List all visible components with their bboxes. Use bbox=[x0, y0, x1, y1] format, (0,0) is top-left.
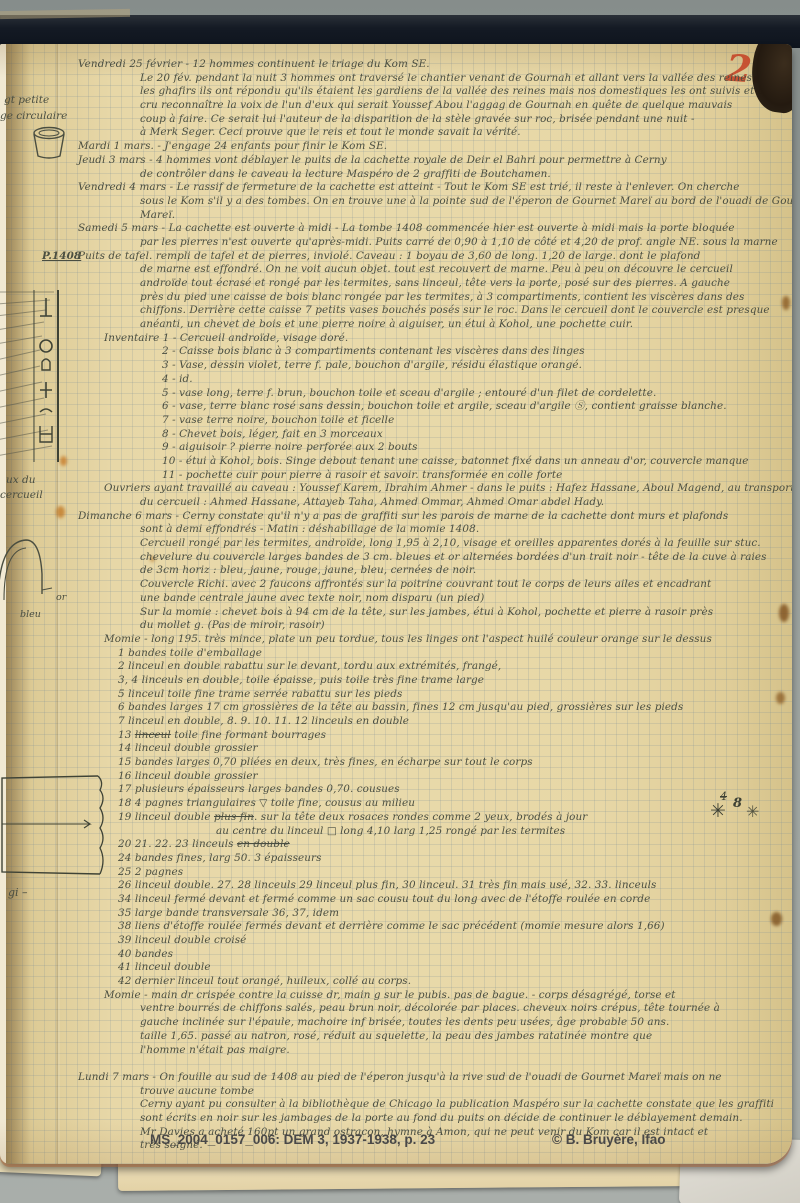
journal-line: 5 - vase long, terre f. brun, bouchon to… bbox=[162, 387, 786, 401]
journal-line: P.1408Puits de tafel. rempli de tafel et… bbox=[78, 250, 786, 264]
journal-line: 11 - pochette cuir pour pierre à rasoir … bbox=[162, 469, 786, 483]
journal-line: androïde tout écrasé et rongé par les te… bbox=[140, 277, 786, 291]
journal-line: près du pied une caisse de bois blanc ro… bbox=[140, 291, 786, 305]
journal-line: 6 bandes larges 17 cm grossières de la t… bbox=[118, 701, 786, 715]
journal-line: de marne est effondré. On ne voit aucun … bbox=[140, 263, 786, 277]
journal-line: 14 linceul double grossier bbox=[118, 742, 786, 756]
journal-line: 2 - Caisse bois blanc à 3 compartiments … bbox=[162, 345, 786, 359]
journal-line: les ghafirs ils ont répondu qu'ils étaie… bbox=[140, 85, 786, 99]
journal-line: 13 linceul toile fine formant bourrages bbox=[118, 729, 786, 743]
journal-line: Lundi 7 mars - On fouille au sud de 1408… bbox=[78, 1071, 786, 1085]
margin-note: gi – bbox=[8, 886, 28, 899]
journal-line: 4 - id. bbox=[162, 373, 786, 387]
journal-line: sont écrits en noir sur les jambages de … bbox=[140, 1112, 786, 1126]
journal-line: chiffons. Derrière cette caisse 7 petits… bbox=[140, 304, 786, 318]
journal-line: 34 linceul fermé devant et fermé comme u… bbox=[118, 893, 786, 907]
journal-line: du mollet g. (Pas de miroir, rasoir) bbox=[140, 619, 786, 633]
journal-line: Vendredi 25 février - 12 hommes continue… bbox=[78, 58, 786, 72]
journal-line: Sur la momie : chevet bois à 94 cm de la… bbox=[140, 606, 786, 620]
journal-line: 8 - Chevet bois, léger, fait en 3 morcea… bbox=[162, 428, 786, 442]
margin-note: ux du bbox=[6, 474, 36, 486]
journal-line: ventre bourrés de chiffons salés, peau b… bbox=[140, 1002, 786, 1016]
journal-line: 1 bandes toile d'emballage bbox=[118, 647, 786, 661]
journal-line: Dimanche 6 mars - Cerny constate qu'il n… bbox=[78, 510, 786, 524]
margin-note: or bbox=[56, 592, 66, 603]
journal-line: 7 - vase terre noire, bouchon toile et f… bbox=[162, 414, 786, 428]
scanned-notebook-page: 23 gt petite ge circulaire ux du cercuei… bbox=[0, 0, 800, 1203]
journal-line: 40 bandes bbox=[118, 948, 786, 962]
journal-line: 39 linceul double croisé bbox=[118, 934, 786, 948]
journal-line: 15 bandes larges 0,70 pliées en deux, tr… bbox=[118, 756, 786, 770]
pot-sketch bbox=[28, 126, 70, 160]
journal-line: Cercueil rongé par les termites, androïd… bbox=[140, 537, 786, 551]
journal-line: 5 linceul toile fine trame serrée rabatt… bbox=[118, 688, 786, 702]
journal-line: 41 linceul double bbox=[118, 961, 786, 975]
margin-note: bleu bbox=[20, 609, 41, 620]
journal-line: Mareï. bbox=[140, 209, 786, 223]
margin-note: gt petite bbox=[4, 94, 49, 106]
journal-line: 35 large bande transversale 36, 37, idem bbox=[118, 907, 786, 921]
journal-line: Jeudi 3 mars - 4 hommes vont déblayer le… bbox=[78, 154, 786, 168]
journal-line: Mardi 1 mars. - J'engage 24 enfants pour… bbox=[78, 140, 786, 154]
journal-line: 2 linceul en double rabattu sur le devan… bbox=[118, 660, 786, 674]
journal-line bbox=[78, 1057, 786, 1071]
tomb-ref-label: P.1408 bbox=[42, 250, 81, 264]
journal-line: à Merk Seger. Ceci prouve que le reis et… bbox=[140, 126, 786, 140]
journal-line: sous le Kom s'il y a des tombes. On en t… bbox=[140, 195, 786, 209]
journal-line: 20 21. 22. 23 linceuls en double bbox=[118, 838, 786, 852]
stain bbox=[56, 506, 65, 518]
journal-line: taille 1,65. passé au natron, rosé, rédu… bbox=[140, 1030, 786, 1044]
journal-line: 3 - Vase, dessin violet, terre f. pale, … bbox=[162, 359, 786, 373]
journal-line: Ouvriers ayant travaillé au caveau : You… bbox=[104, 482, 786, 496]
journal-line: 17 plusieurs épaisseurs larges bandes 0,… bbox=[118, 783, 786, 797]
journal-line: Couvercle Richi. avec 2 faucons affronté… bbox=[140, 578, 786, 592]
margin-note: cercueil bbox=[0, 489, 43, 501]
journal-line: Le 20 fév. pendant la nuit 3 hommes ont … bbox=[140, 72, 786, 86]
journal-line: Momie - long 195. très mince, plate un p… bbox=[104, 633, 786, 647]
copyright-credit: © B. Bruyère, Ifao bbox=[552, 1132, 665, 1147]
journal-line: 10 - étui à Kohol, bois. Singe debout te… bbox=[162, 455, 786, 469]
journal-line: chevelure du couvercle larges bandes de … bbox=[140, 551, 786, 565]
journal-line: par les pierres n'est ouverte qu'après-m… bbox=[140, 236, 786, 250]
journal-line: 42 dernier linceul tout orangé, huileux,… bbox=[118, 975, 786, 989]
journal-line: 3, 4 linceuls en double, toile épaisse, … bbox=[118, 674, 786, 688]
journal-line: Samedi 5 mars - La cachette est ouverte … bbox=[78, 222, 786, 236]
journal-line: de 3cm horiz : bleu, jaune, rouge, jaune… bbox=[140, 564, 786, 578]
journal-line: 38 liens d'étoffe roulée fermés devant e… bbox=[118, 920, 786, 934]
journal-text: Vendredi 25 février - 12 hommes continue… bbox=[78, 58, 786, 1153]
journal-line: Cerny ayant pu consulter à la bibliothèq… bbox=[140, 1098, 786, 1112]
journal-line: trouve aucune tombe bbox=[140, 1085, 786, 1099]
journal-line: sont à demi effondrés - Matin : déshabil… bbox=[140, 523, 786, 537]
journal-line: 9 - aiguisoir ? pierre noire perforée au… bbox=[162, 441, 786, 455]
journal-line: au centre du linceul □ long 4,10 larg 1,… bbox=[216, 825, 786, 839]
journal-line: du cercueil : Ahmed Hassane, Attayeb Tah… bbox=[140, 496, 786, 510]
journal-line: l'homme n'était pas maigre. bbox=[140, 1044, 786, 1058]
journal-line: anéanti, un chevet de bois et une pierre… bbox=[140, 318, 786, 332]
journal-line: une bande centrale jaune avec texte noir… bbox=[140, 592, 786, 606]
journal-line: gauche inclinée sur l'épaule, machoire i… bbox=[140, 1016, 786, 1030]
journal-line: 7 linceul en double, 8. 9. 10. 11. 12 li… bbox=[118, 715, 786, 729]
journal-line: de contrôler dans le caveau la lecture M… bbox=[140, 168, 786, 182]
journal-line: 19 linceul double plus fin. sur la tête … bbox=[118, 811, 786, 825]
journal-line: 6 - vase, terre blanc rosé sans dessin, … bbox=[162, 400, 786, 414]
journal-line: 16 linceul double grossier bbox=[118, 770, 786, 784]
notebook-page: 23 gt petite ge circulaire ux du cercuei… bbox=[0, 44, 792, 1164]
journal-line: 18 4 pagnes triangulaires ▽ toile fine, … bbox=[118, 797, 786, 811]
journal-line: Momie - main dr crispée contre la cuisse… bbox=[104, 989, 786, 1003]
journal-line: 26 linceul double. 27. 28 linceuls 29 li… bbox=[118, 879, 786, 893]
journal-line: 24 bandes fines, larg 50. 3 épaisseurs bbox=[118, 852, 786, 866]
journal-line: 25 2 pagnes bbox=[118, 866, 786, 880]
journal-line: Vendredi 4 mars - Le rassif de fermeture… bbox=[78, 181, 786, 195]
margin-note: ge circulaire bbox=[0, 110, 67, 122]
journal-line: cru reconnaître la voix de l'un d'eux qu… bbox=[140, 99, 786, 113]
journal-line: Inventaire 1 - Cercueil androïde, visage… bbox=[104, 332, 786, 346]
journal-line: coup à faire. Ce serait lui l'auteur de … bbox=[140, 113, 786, 127]
archive-id: MS_2004_0157_006: DEM 3, 1937-1938, p. 2… bbox=[150, 1132, 435, 1147]
